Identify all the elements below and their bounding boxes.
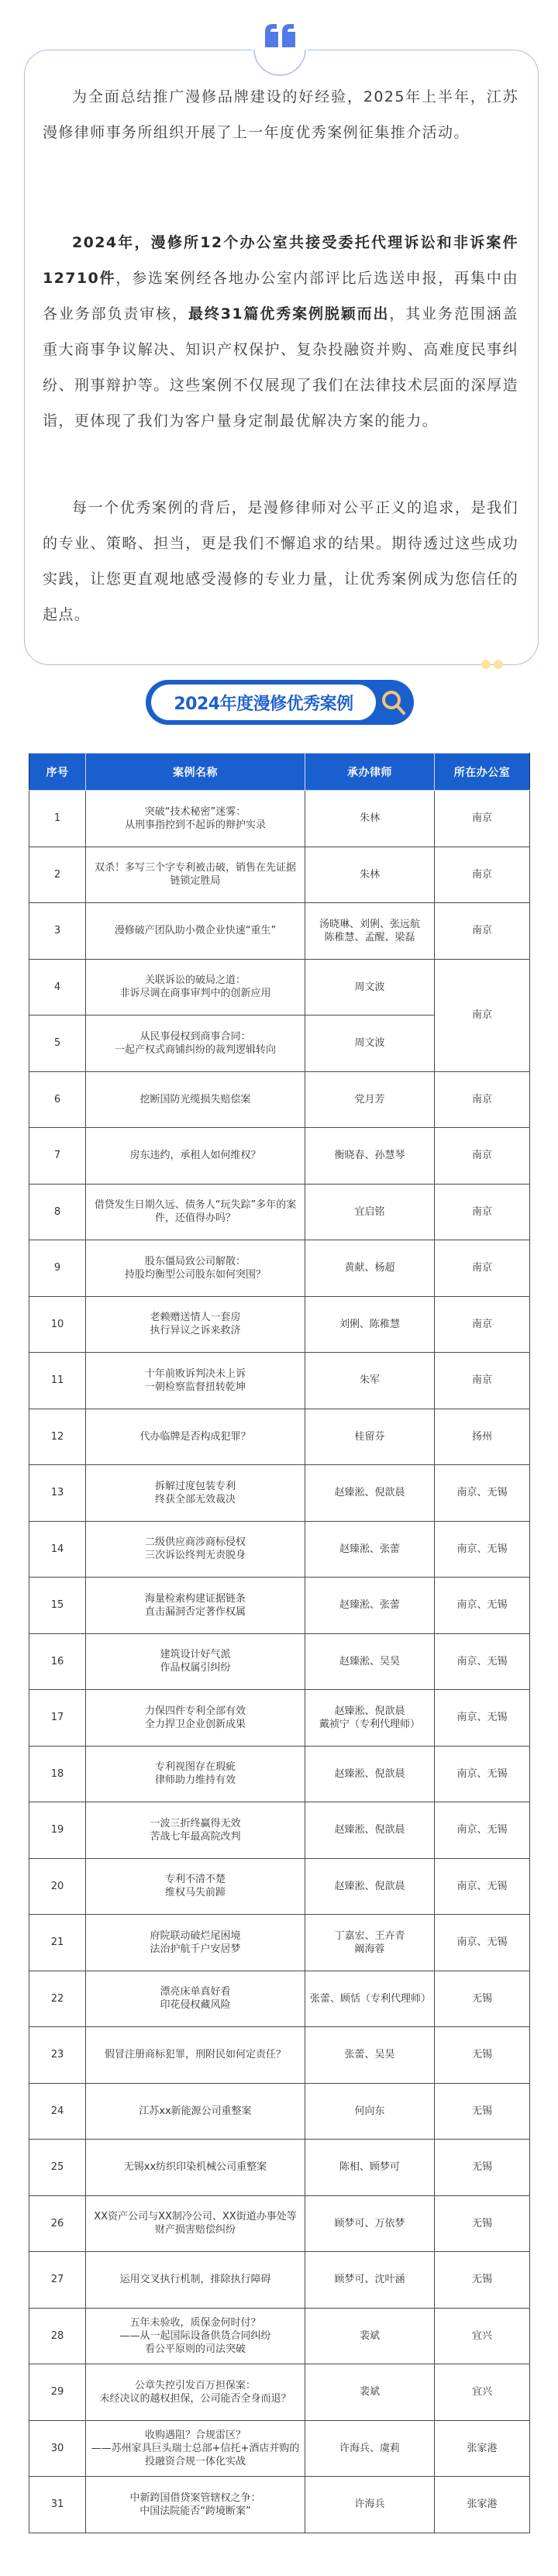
table-row: 30收购遇阻？合规雷区？ ——苏州家具巨头瑞士总部+信托+酒店并购的投融资合规一… bbox=[29, 2420, 530, 2477]
cases-table: 序号 案例名称 承办律师 所在办公室 1突破“技术秘密”迷雾： 从刑事指控到不起… bbox=[29, 753, 530, 2533]
case-name: 江苏xx新能源公司重整案 bbox=[86, 2083, 305, 2140]
table-row: 6挖断国防光缆损失赔偿案党月芳南京 bbox=[29, 1071, 530, 1128]
case-lawyer: 朱林 bbox=[305, 847, 435, 903]
case-name: 突破“技术秘密”迷雾： 从刑事指控到不起诉的辩护实录 bbox=[86, 791, 305, 847]
case-lawyer: 衡晓春、孙慧琴 bbox=[305, 1128, 435, 1185]
banner-pill: 2024年度漫修优秀案例 bbox=[151, 685, 376, 720]
table-row: 26XX资产公司与XX制冷公司、XX街道办事处等财产损害赔偿纠纷顾梦可、万依梦无… bbox=[29, 2195, 530, 2252]
case-office: 无锡 bbox=[435, 2027, 530, 2084]
table-row: 31中新跨国借贷案管辖权之争： 中国法院能否“跨境断案”许海兵张家港 bbox=[29, 2477, 530, 2533]
case-number: 17 bbox=[29, 1690, 86, 1747]
case-number: 18 bbox=[29, 1746, 86, 1802]
case-lawyer: 张蕾、顾恬（专利代理师） bbox=[305, 1971, 435, 2027]
case-lawyer: 朱林 bbox=[305, 791, 435, 847]
table-row: 10老赖赠送情人一套房 执行异议之诉来救济刘俐、陈稚慧南京 bbox=[29, 1296, 530, 1353]
table-row: 29公章失控引发百万担保案： 未经决议的越权担保，公司能否全身而退？裴斌宜兴 bbox=[29, 2364, 530, 2421]
case-name: 五年未验收，质保金何时付？ ——从一起国际设备供货合同纠纷 看公平原则的司法突破 bbox=[86, 2308, 305, 2364]
case-lawyer: 许海兵 bbox=[305, 2477, 435, 2533]
case-name: 双杀！多写三个字专利被击破，销售在先证据链锁定胜局 bbox=[86, 847, 305, 903]
case-lawyer: 赵臻淞、张蕾 bbox=[305, 1521, 435, 1578]
case-lawyer: 何向东 bbox=[305, 2083, 435, 2140]
case-number: 26 bbox=[29, 2195, 86, 2252]
case-lawyer: 赵臻淞、倪歆晨 bbox=[305, 1802, 435, 1859]
intro-paragraph-2: 2024年，漫修所12个办公室共接受委托代理诉讼和非诉案件12710件，参选案例… bbox=[43, 225, 518, 439]
case-name: 股东僵局致公司解散： 持股均衡型公司股东如何突围？ bbox=[86, 1240, 305, 1297]
case-lawyer: 许海兵、虞莉 bbox=[305, 2420, 435, 2477]
table-row: 13拆解过度包装专利 终获全部无效裁决赵臻淞、倪歆晨南京、无锡 bbox=[29, 1465, 530, 1522]
case-lawyer: 周文波 bbox=[305, 1016, 435, 1072]
case-name: 借贷发生日期久远、债务人“玩失踪”多年的案件，还值得办吗？ bbox=[86, 1184, 305, 1240]
decorative-dots bbox=[481, 657, 506, 672]
case-lawyer: 赵臻淞、倪歆晨 bbox=[305, 1746, 435, 1802]
table-row: 8借贷发生日期久远、债务人“玩失踪”多年的案件，还值得办吗？宜启铭南京 bbox=[29, 1184, 530, 1240]
dot-icon bbox=[481, 660, 491, 669]
case-number: 13 bbox=[29, 1465, 86, 1522]
case-name: 中新跨国借贷案管辖权之争： 中国法院能否“跨境断案” bbox=[86, 2477, 305, 2533]
case-number: 24 bbox=[29, 2083, 86, 2140]
case-office: 无锡 bbox=[435, 2140, 530, 2196]
table-row: 24江苏xx新能源公司重整案何向东无锡 bbox=[29, 2083, 530, 2140]
case-office: 无锡 bbox=[435, 1971, 530, 2027]
table-row: 9股东僵局致公司解散： 持股均衡型公司股东如何突围？黄献、杨超南京 bbox=[29, 1240, 530, 1297]
case-number: 5 bbox=[29, 1016, 86, 1072]
highlight-selected-count: 最终31篇优秀案例脱颖而出 bbox=[188, 305, 389, 322]
case-number: 31 bbox=[29, 2477, 86, 2533]
header-office: 所在办公室 bbox=[435, 753, 530, 791]
table-row: 11十年前败诉判决未上诉 一朝检察监督扭转乾坤朱军南京 bbox=[29, 1353, 530, 1409]
case-number: 2 bbox=[29, 847, 86, 903]
case-number: 11 bbox=[29, 1353, 86, 1409]
case-number: 20 bbox=[29, 1858, 86, 1915]
header-lawyer: 承办律师 bbox=[305, 753, 435, 791]
table-row: 25无锡xx纺织印染机械公司重整案陈相、顾梦可无锡 bbox=[29, 2140, 530, 2196]
case-name: 漂亮床单真好看 印花侵权藏风险 bbox=[86, 1971, 305, 2027]
paragraph-text-tail: ，其业务范围涵盖重大商事争议解决、知识产权保护、复杂投融资并购、高难度民事纠纷、… bbox=[43, 305, 518, 429]
table-row: 23假冒注册商标犯罪，刑附民如何定责任？张蕾、吴昊无锡 bbox=[29, 2027, 530, 2084]
table-row: 14二级供应商涉商标侵权 三次诉讼终判无责脱身赵臻淞、张蕾南京、无锡 bbox=[29, 1521, 530, 1578]
case-number: 25 bbox=[29, 2140, 86, 2196]
paragraph-text: 为全面总结推广漫修品牌建设的好经验，2025年上半年，江苏漫修律师事务所组织开展… bbox=[43, 79, 518, 150]
header-no: 序号 bbox=[29, 753, 86, 791]
case-office: 无锡 bbox=[435, 2083, 530, 2140]
case-office: 无锡 bbox=[435, 2252, 530, 2309]
case-lawyer: 陈相、顾梦可 bbox=[305, 2140, 435, 2196]
case-number: 9 bbox=[29, 1240, 86, 1297]
case-name: 二级供应商涉商标侵权 三次诉讼终判无责脱身 bbox=[86, 1521, 305, 1578]
case-lawyer: 刘俐、陈稚慧 bbox=[305, 1296, 435, 1353]
case-office: 南京 bbox=[435, 1240, 530, 1297]
case-office: 南京、无锡 bbox=[435, 1521, 530, 1578]
paragraph-text: 2024年，漫修所12个办公室共接受委托代理诉讼和非诉案件12710件，参选案例… bbox=[43, 225, 518, 439]
case-name: 老赖赠送情人一套房 执行异议之诉来救济 bbox=[86, 1296, 305, 1353]
case-name: 从民事侵权到商事合同： 一起产权式商铺纠纷的裁判逻辑转向 bbox=[86, 1016, 305, 1072]
case-number: 3 bbox=[29, 903, 86, 960]
table-row: 27运用交叉执行机制，排除执行障碍顾梦可、沈叶涵无锡 bbox=[29, 2252, 530, 2309]
case-name: 代办临牌是否构成犯罪？ bbox=[86, 1409, 305, 1465]
case-office: 南京、无锡 bbox=[435, 1633, 530, 1690]
case-lawyer: 裴斌 bbox=[305, 2308, 435, 2364]
case-lawyer: 朱军 bbox=[305, 1353, 435, 1409]
case-name: 力保四件专利全部有效 全力捍卫企业创新成果 bbox=[86, 1690, 305, 1747]
case-number: 7 bbox=[29, 1128, 86, 1185]
case-lawyer: 汤晓琳、刘俐、张远航 陈稚慧、孟醒、梁磊 bbox=[305, 903, 435, 960]
case-name: 府院联动破烂尾困境 法治护航千户安居梦 bbox=[86, 1915, 305, 1971]
case-name: 收购遇阻？合规雷区？ ——苏州家具巨头瑞士总部+信托+酒店并购的投融资合规一体化… bbox=[86, 2420, 305, 2477]
case-name: 海量检索构建证据链条 直击漏洞否定著作权属 bbox=[86, 1578, 305, 1634]
case-name: 建筑设计好气派 作品权属引纠纷 bbox=[86, 1633, 305, 1690]
case-lawyer: 宜启铭 bbox=[305, 1184, 435, 1240]
table-header-row: 序号 案例名称 承办律师 所在办公室 bbox=[29, 753, 530, 791]
case-lawyer: 赵臻淞、吴昊 bbox=[305, 1633, 435, 1690]
case-lawyer: 顾梦可、万依梦 bbox=[305, 2195, 435, 2252]
section-banner: 2024年度漫修优秀案例 bbox=[146, 680, 414, 725]
table-row: 22漂亮床单真好看 印花侵权藏风险张蕾、顾恬（专利代理师）无锡 bbox=[29, 1971, 530, 2027]
case-name: 房东违约，承租人如何维权？ bbox=[86, 1128, 305, 1185]
case-office: 南京、无锡 bbox=[435, 1858, 530, 1915]
table-row: 4关联诉讼的破局之道： 非诉尽调在商事审判中的创新应用周文波南京 bbox=[29, 959, 530, 1016]
table-row: 20专利不清不楚 维权马失前蹄赵臻淞、倪歆晨南京、无锡 bbox=[29, 1858, 530, 1915]
case-office: 南京 bbox=[435, 1071, 530, 1128]
case-number: 23 bbox=[29, 2027, 86, 2084]
case-name: 关联诉讼的破局之道： 非诉尽调在商事审判中的创新应用 bbox=[86, 959, 305, 1016]
case-lawyer: 周文波 bbox=[305, 959, 435, 1016]
dot-icon bbox=[494, 660, 503, 669]
case-lawyer: 顾梦可、沈叶涵 bbox=[305, 2252, 435, 2309]
case-office: 南京 bbox=[435, 847, 530, 903]
table-row: 2双杀！多写三个字专利被击破，销售在先证据链锁定胜局朱林南京 bbox=[29, 847, 530, 903]
case-office: 南京、无锡 bbox=[435, 1690, 530, 1747]
case-office: 宜兴 bbox=[435, 2308, 530, 2364]
case-name: 运用交叉执行机制，排除执行障碍 bbox=[86, 2252, 305, 2309]
case-office: 张家港 bbox=[435, 2420, 530, 2477]
case-lawyer: 党月芳 bbox=[305, 1071, 435, 1128]
case-lawyer: 丁嘉宏、王卉青 阚海蓉 bbox=[305, 1915, 435, 1971]
case-name: 无锡xx纺织印染机械公司重整案 bbox=[86, 2140, 305, 2196]
case-name: 假冒注册商标犯罪，刑附民如何定责任？ bbox=[86, 2027, 305, 2084]
case-lawyer: 裴斌 bbox=[305, 2364, 435, 2421]
case-lawyer: 黄献、杨超 bbox=[305, 1240, 435, 1297]
case-office: 南京、无锡 bbox=[435, 1915, 530, 1971]
case-office: 南京、无锡 bbox=[435, 1578, 530, 1634]
case-number: 21 bbox=[29, 1915, 86, 1971]
search-icon bbox=[380, 688, 408, 716]
table-body: 1突破“技术秘密”迷雾： 从刑事指控到不起诉的辩护实录朱林南京2双杀！多写三个字… bbox=[29, 791, 530, 2533]
case-office: 宜兴 bbox=[435, 2364, 530, 2421]
case-number: 16 bbox=[29, 1633, 86, 1690]
case-name: 漫修破产团队助小微企业快速“重生” bbox=[86, 903, 305, 960]
paragraph-text: 每一个优秀案例的背后，是漫修律师对公平正义的追求，是我们的专业、策略、担当，更是… bbox=[43, 490, 518, 633]
case-number: 28 bbox=[29, 2308, 86, 2364]
case-name: 专利视图存在瑕疵 律师助力维持有效 bbox=[86, 1746, 305, 1802]
case-name: 专利不清不楚 维权马失前蹄 bbox=[86, 1858, 305, 1915]
case-office: 南京、无锡 bbox=[435, 1802, 530, 1859]
table-row: 16建筑设计好气派 作品权属引纠纷赵臻淞、吴昊南京、无锡 bbox=[29, 1633, 530, 1690]
quote-icon bbox=[263, 21, 298, 49]
case-office: 南京 bbox=[435, 791, 530, 847]
case-number: 4 bbox=[29, 959, 86, 1016]
case-name: XX资产公司与XX制冷公司、XX街道办事处等财产损害赔偿纠纷 bbox=[86, 2195, 305, 2252]
case-office: 南京、无锡 bbox=[435, 1746, 530, 1802]
table-row: 15海量检索构建证据链条 直击漏洞否定著作权属赵臻淞、张蕾南京、无锡 bbox=[29, 1578, 530, 1634]
case-lawyer: 赵臻淞、张蕾 bbox=[305, 1578, 435, 1634]
case-office: 南京 bbox=[435, 1184, 530, 1240]
case-name: 挖断国防光缆损失赔偿案 bbox=[86, 1071, 305, 1128]
table-row: 12代办临牌是否构成犯罪？桂留芬扬州 bbox=[29, 1409, 530, 1465]
case-number: 14 bbox=[29, 1521, 86, 1578]
table-row: 3漫修破产团队助小微企业快速“重生”汤晓琳、刘俐、张远航 陈稚慧、孟醒、梁磊南京 bbox=[29, 903, 530, 960]
case-office: 张家港 bbox=[435, 2477, 530, 2533]
table-row: 19一波三折终赢得无效 苦战七年最高院改判赵臻淞、倪歆晨南京、无锡 bbox=[29, 1802, 530, 1859]
case-number: 30 bbox=[29, 2420, 86, 2477]
case-office: 南京 bbox=[435, 959, 530, 1071]
case-name: 一波三折终赢得无效 苦战七年最高院改判 bbox=[86, 1802, 305, 1859]
case-lawyer: 赵臻淞、倪歆晨 戴祯宁（专利代理师） bbox=[305, 1690, 435, 1747]
case-office: 南京 bbox=[435, 1353, 530, 1409]
case-office: 南京、无锡 bbox=[435, 1465, 530, 1522]
intro-paragraph-3: 每一个优秀案例的背后，是漫修律师对公平正义的追求，是我们的专业、策略、担当，更是… bbox=[43, 490, 518, 633]
header-case-name: 案例名称 bbox=[86, 753, 305, 791]
case-name: 十年前败诉判决未上诉 一朝检察监督扭转乾坤 bbox=[86, 1353, 305, 1409]
table-row: 28五年未验收，质保金何时付？ ——从一起国际设备供货合同纠纷 看公平原则的司法… bbox=[29, 2308, 530, 2364]
case-office: 扬州 bbox=[435, 1409, 530, 1465]
table-row: 17力保四件专利全部有效 全力捍卫企业创新成果赵臻淞、倪歆晨 戴祯宁（专利代理师… bbox=[29, 1690, 530, 1747]
case-number: 12 bbox=[29, 1409, 86, 1465]
case-number: 8 bbox=[29, 1184, 86, 1240]
case-lawyer: 桂留芬 bbox=[305, 1409, 435, 1465]
case-lawyer: 赵臻淞、倪歆晨 bbox=[305, 1858, 435, 1915]
intro-paragraph-1: 为全面总结推广漫修品牌建设的好经验，2025年上半年，江苏漫修律师事务所组织开展… bbox=[43, 79, 518, 150]
case-office: 南京 bbox=[435, 1128, 530, 1185]
case-number: 19 bbox=[29, 1802, 86, 1859]
case-number: 6 bbox=[29, 1071, 86, 1128]
case-number: 29 bbox=[29, 2364, 86, 2421]
case-name: 拆解过度包装专利 终获全部无效裁决 bbox=[86, 1465, 305, 1522]
case-number: 22 bbox=[29, 1971, 86, 2027]
case-lawyer: 张蕾、吴昊 bbox=[305, 2027, 435, 2084]
table-row: 7房东违约，承租人如何维权？衡晓春、孙慧琴南京 bbox=[29, 1128, 530, 1185]
table-row: 21府院联动破烂尾困境 法治护航千户安居梦丁嘉宏、王卉青 阚海蓉南京、无锡 bbox=[29, 1915, 530, 1971]
case-office: 南京 bbox=[435, 1296, 530, 1353]
case-number: 10 bbox=[29, 1296, 86, 1353]
case-office: 南京 bbox=[435, 903, 530, 960]
case-number: 15 bbox=[29, 1578, 86, 1634]
case-number: 27 bbox=[29, 2252, 86, 2309]
case-office: 无锡 bbox=[435, 2195, 530, 2252]
case-name: 公章失控引发百万担保案： 未经决议的越权担保，公司能否全身而退？ bbox=[86, 2364, 305, 2421]
table-row: 18专利视图存在瑕疵 律师助力维持有效赵臻淞、倪歆晨南京、无锡 bbox=[29, 1746, 530, 1802]
case-number: 1 bbox=[29, 791, 86, 847]
banner-title: 2024年度漫修优秀案例 bbox=[174, 691, 353, 715]
case-lawyer: 赵臻淞、倪歆晨 bbox=[305, 1465, 435, 1522]
table-row: 1突破“技术秘密”迷雾： 从刑事指控到不起诉的辩护实录朱林南京 bbox=[29, 791, 530, 847]
